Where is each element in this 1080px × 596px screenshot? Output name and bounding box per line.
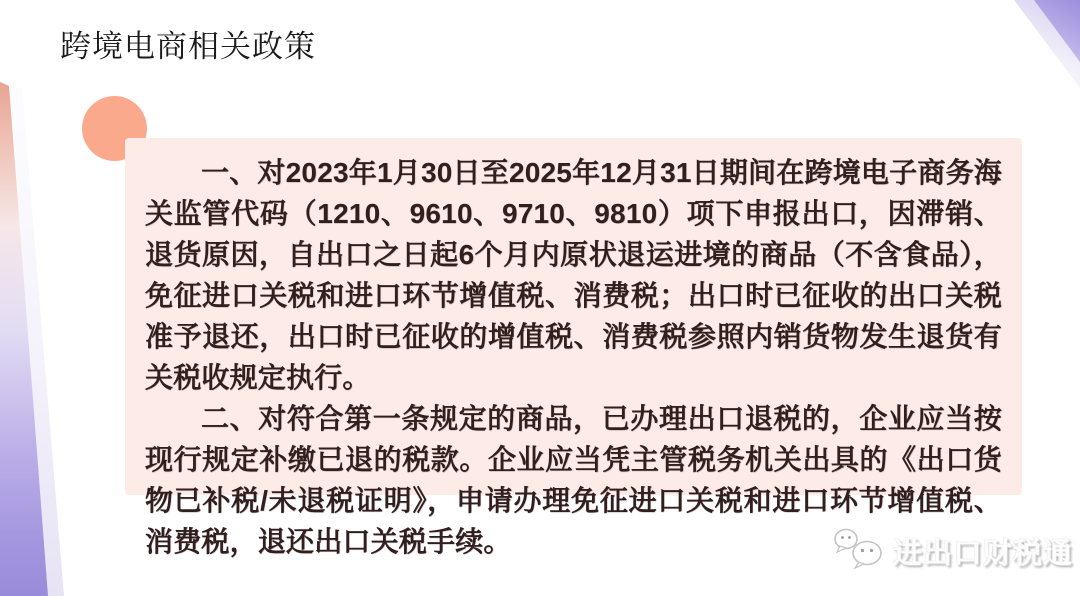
brand-name: 进出口财税通: [893, 531, 1073, 572]
policy-content-panel: 一、对2023年1月30日至2025年12月31日期间在跨境电子商务海关监管代码…: [125, 138, 1022, 495]
page-title: 跨境电商相关政策: [60, 21, 316, 66]
policy-paragraph-1: 一、对2023年1月30日至2025年12月31日期间在跨境电子商务海关监管代码…: [145, 152, 1002, 398]
brand-watermark: 进出口财税通: [833, 527, 1073, 576]
slide: 跨境电商相关政策 一、对2023年1月30日至2025年12月31日期间在跨境电…: [0, 0, 1080, 596]
wechat-bubbles-icon: [833, 527, 887, 576]
